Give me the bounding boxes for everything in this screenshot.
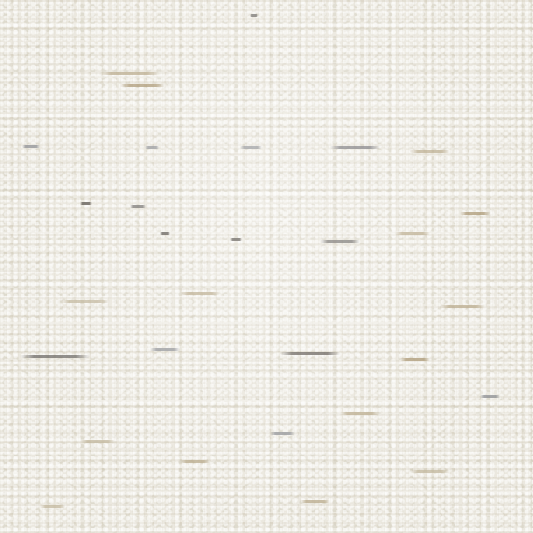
soft-highlight [0,0,533,533]
fabric-texture-photo [0,0,533,533]
